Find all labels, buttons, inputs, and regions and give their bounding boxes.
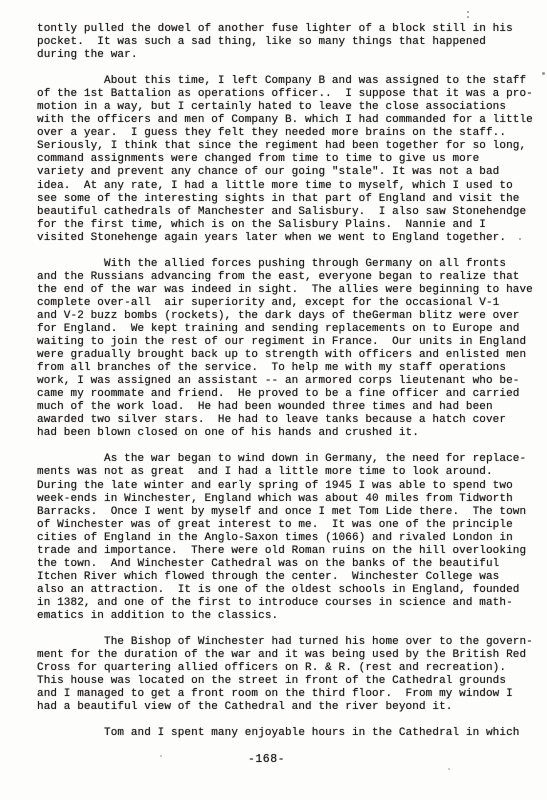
scan-speck [448, 768, 450, 770]
scan-speck [467, 16, 469, 18]
page-number: -168- [0, 753, 533, 766]
page-text-block: tontly pulled the dowel of another fuse … [37, 23, 539, 740]
paragraph: tontly pulled the dowel of another fuse … [37, 23, 539, 62]
document-page: tontly pulled the dowel of another fuse … [0, 0, 547, 800]
paragraph: The Bishop of Winchester had turned his … [37, 636, 539, 714]
scan-speck [467, 11, 469, 13]
paragraph: Tom and I spent many enjoyable hours in … [37, 727, 539, 740]
scan-speck [542, 72, 545, 75]
paragraph: As the war began to wind down in Germany… [37, 453, 539, 623]
paragraph: About this time, I left Company B and wa… [37, 75, 539, 245]
paragraph: With the allied forces pushing through G… [37, 258, 539, 441]
